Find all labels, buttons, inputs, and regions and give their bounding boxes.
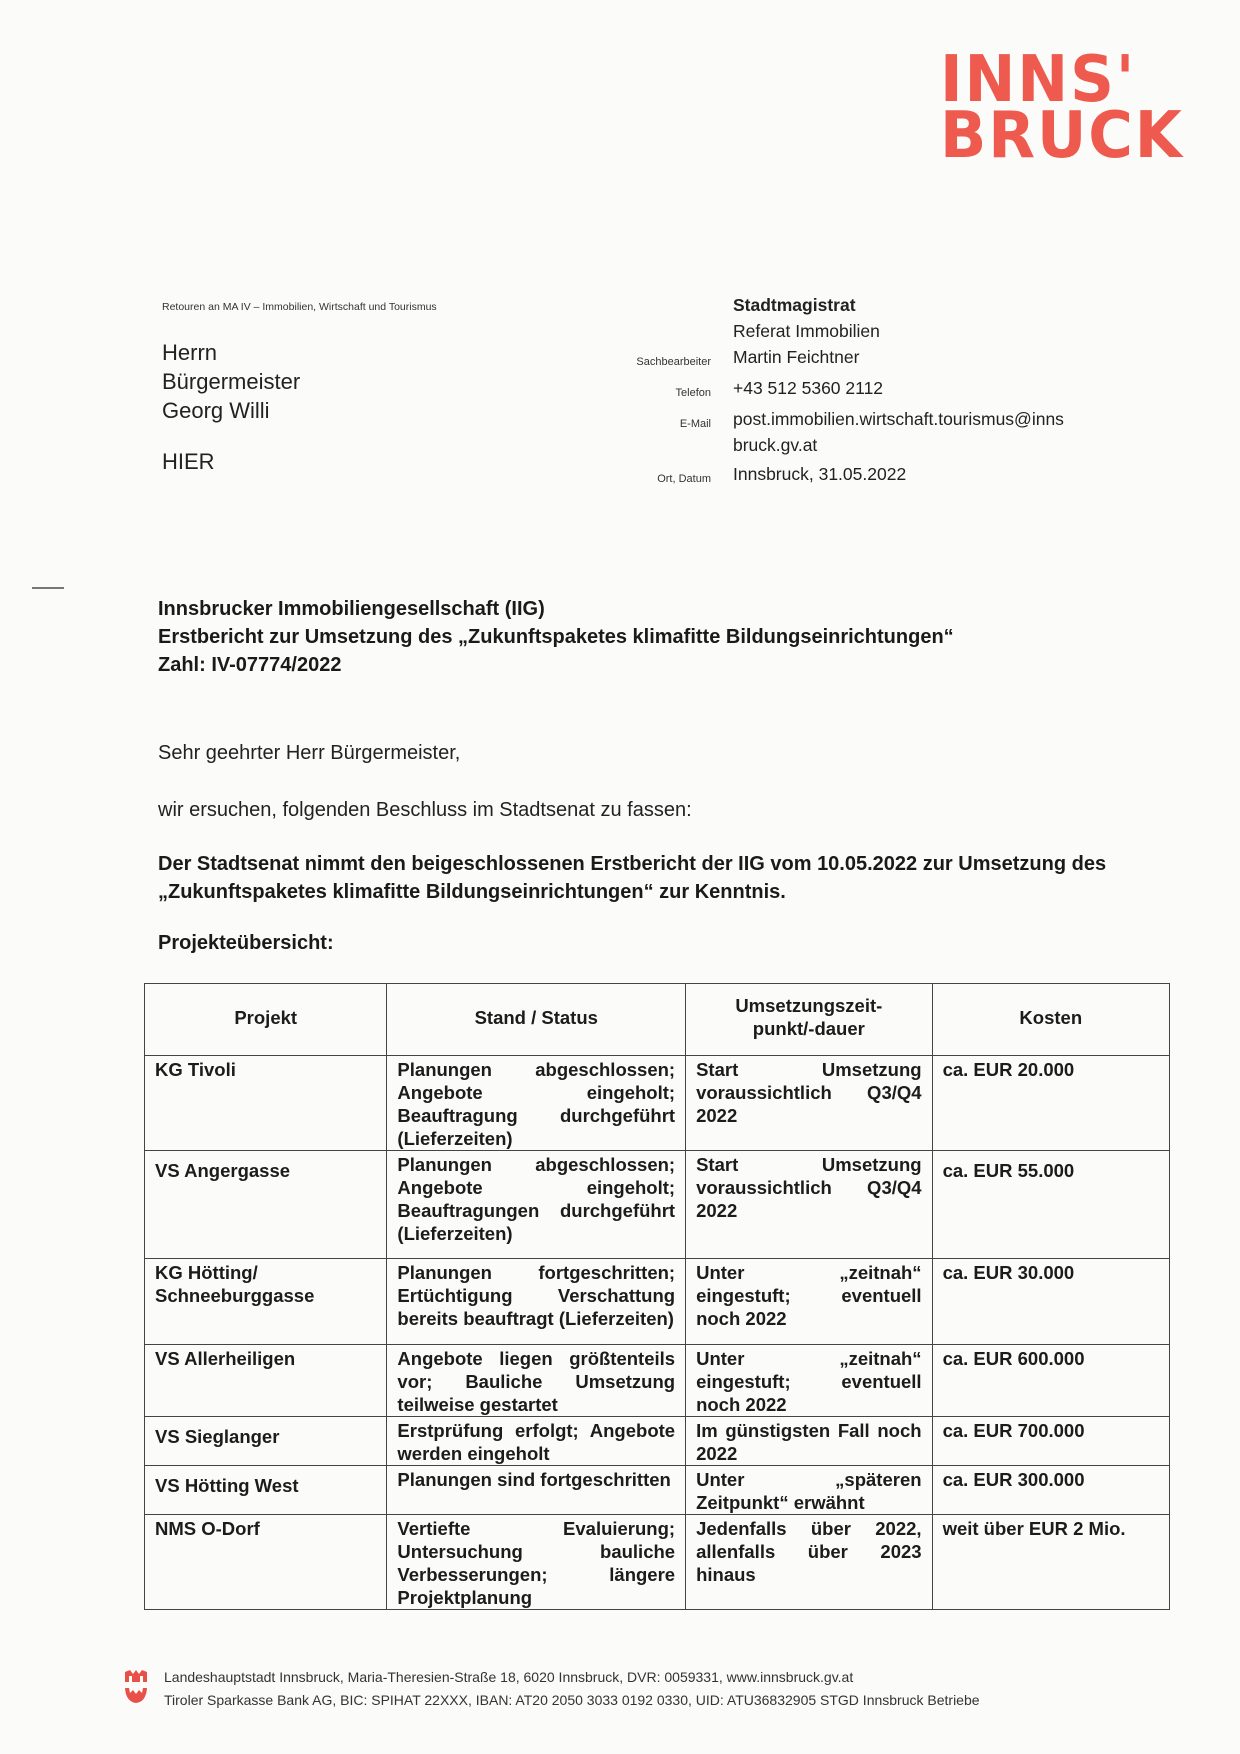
- sender-email-line-1[interactable]: post.immobilien.wirtschaft.tourismus@inn…: [733, 406, 1160, 432]
- table-row: VS Hötting WestPlanungen sind fortgeschr…: [145, 1466, 1170, 1515]
- sender-field-label: E-Mail: [600, 406, 733, 458]
- table-row: KG Hötting/ SchneeburggassePlanungen for…: [145, 1259, 1170, 1345]
- timing-cell: Unter „späteren Zeitpunkt“ erwähnt: [686, 1466, 932, 1515]
- cost-cell: ca. EUR 600.000: [932, 1345, 1169, 1417]
- cost-cell: ca. EUR 30.000: [932, 1259, 1169, 1345]
- project-cell: KG Tivoli: [145, 1056, 387, 1151]
- fold-mark: [32, 587, 64, 589]
- sender-place-date: Innsbruck, 31.05.2022: [733, 461, 1160, 492]
- project-cell: VS Angergasse: [145, 1151, 387, 1259]
- city-coat-of-arms-icon: [124, 1666, 150, 1713]
- project-cell: VS Hötting West: [145, 1466, 387, 1515]
- sender-org: Stadtmagistrat: [733, 292, 1160, 318]
- resolution-text: Der Stadtsenat nimmt den beigeschlossene…: [158, 850, 1148, 906]
- recipient-line: Bürgermeister: [162, 367, 300, 396]
- sender-email-line-2[interactable]: bruck.gv.at: [733, 432, 1160, 458]
- sender-clerk: Martin Feichtner: [733, 344, 1160, 375]
- subject-block: Innsbrucker Immobiliengesellschaft (IIG)…: [158, 595, 954, 679]
- recipient-line: Herrn: [162, 338, 300, 367]
- subject-line: Innsbrucker Immobiliengesellschaft (IIG): [158, 595, 954, 623]
- sender-field-label: Ort, Datum: [600, 461, 733, 492]
- column-header-cost: Kosten: [932, 984, 1169, 1056]
- salutation: Sehr geehrter Herr Bürgermeister,: [158, 742, 460, 765]
- overview-heading: Projekteübersicht:: [158, 932, 334, 955]
- column-header-timing: Umsetzungszeit-punkt/-dauer: [686, 984, 932, 1056]
- logo-line-2: BRUCK: [940, 108, 1184, 164]
- recipient-line: HIER: [162, 447, 300, 476]
- subject-line: Erstbericht zur Umsetzung des „Zukunftsp…: [158, 623, 954, 651]
- recipient-address: Herrn Bürgermeister Georg Willi HIER: [162, 338, 300, 476]
- table-row: NMS O-DorfVertiefte Evaluierung; Untersu…: [145, 1515, 1170, 1610]
- reference-number: Zahl: IV-07774/2022: [158, 651, 954, 679]
- column-header-status: Stand / Status: [387, 984, 686, 1056]
- return-address-line: Retouren an MA IV – Immobilien, Wirtscha…: [162, 301, 437, 313]
- project-cell: VS Allerheiligen: [145, 1345, 387, 1417]
- cost-cell: weit über EUR 2 Mio.: [932, 1515, 1169, 1610]
- project-cell: VS Sieglanger: [145, 1417, 387, 1466]
- table-row: KG TivoliPlanungen abgeschlossen; Angebo…: [145, 1056, 1170, 1151]
- sender-email[interactable]: post.immobilien.wirtschaft.tourismus@inn…: [733, 406, 1160, 458]
- sender-phone: +43 512 5360 2112: [733, 375, 1160, 406]
- footer-address-line: Landeshauptstadt Innsbruck, Maria-Theres…: [164, 1666, 980, 1689]
- table-row: VS SieglangerErstprüfung erfolgt; Angebo…: [145, 1417, 1170, 1466]
- table-row: VS AngergassePlanungen abgeschlossen; An…: [145, 1151, 1170, 1259]
- table-row: VS AllerheiligenAngebote liegen größtent…: [145, 1345, 1170, 1417]
- request-text: wir ersuchen, folgenden Beschluss im Sta…: [158, 799, 692, 822]
- recipient-line: Georg Willi: [162, 396, 300, 425]
- timing-cell: Im günstigsten Fall noch 2022: [686, 1417, 932, 1466]
- innsbruck-logo: INNS' BRUCK: [940, 52, 1184, 164]
- sender-field-label: Telefon: [600, 375, 733, 406]
- cost-cell: ca. EUR 300.000: [932, 1466, 1169, 1515]
- sender-department: Referat Immobilien: [733, 318, 1160, 344]
- sender-field-label: Sachbearbeiter: [600, 344, 733, 375]
- column-header-project: Projekt: [145, 984, 387, 1056]
- project-cell: KG Hötting/ Schneeburggasse: [145, 1259, 387, 1345]
- timing-cell: Jedenfalls über 2022, allenfalls über 20…: [686, 1515, 932, 1610]
- status-cell: Planungen abgeschlossen; Angebote eingeh…: [387, 1056, 686, 1151]
- table-header-row: Projekt Stand / Status Umsetzungszeit-pu…: [145, 984, 1170, 1056]
- project-overview-table: Projekt Stand / Status Umsetzungszeit-pu…: [144, 983, 1170, 1610]
- timing-cell: Start Umsetzung voraussichtlich Q3/Q4 20…: [686, 1151, 932, 1259]
- sender-block: Stadtmagistrat Referat Immobilien Sachbe…: [600, 292, 1160, 492]
- timing-cell: Unter „zeitnah“ eingestuft; eventuell no…: [686, 1345, 932, 1417]
- timing-cell: Start Umsetzung voraussichtlich Q3/Q4 20…: [686, 1056, 932, 1151]
- status-cell: Angebote liegen größtenteils vor; Baulic…: [387, 1345, 686, 1417]
- status-cell: Planungen abgeschlossen; Angebote eingeh…: [387, 1151, 686, 1259]
- cost-cell: ca. EUR 55.000: [932, 1151, 1169, 1259]
- status-cell: Erstprüfung erfolgt; Angebote werden ein…: [387, 1417, 686, 1466]
- cost-cell: ca. EUR 700.000: [932, 1417, 1169, 1466]
- footer: Landeshauptstadt Innsbruck, Maria-Theres…: [124, 1666, 980, 1713]
- status-cell: Vertiefte Evaluierung; Untersuchung baul…: [387, 1515, 686, 1610]
- status-cell: Planungen fortgeschritten; Ertüchtigung …: [387, 1259, 686, 1345]
- project-cell: NMS O-Dorf: [145, 1515, 387, 1610]
- status-cell: Planungen sind fortgeschritten: [387, 1466, 686, 1515]
- footer-bank-line: Tiroler Sparkasse Bank AG, BIC: SPIHAT 2…: [164, 1689, 980, 1712]
- timing-cell: Unter „zeitnah“ eingestuft; eventuell no…: [686, 1259, 932, 1345]
- cost-cell: ca. EUR 20.000: [932, 1056, 1169, 1151]
